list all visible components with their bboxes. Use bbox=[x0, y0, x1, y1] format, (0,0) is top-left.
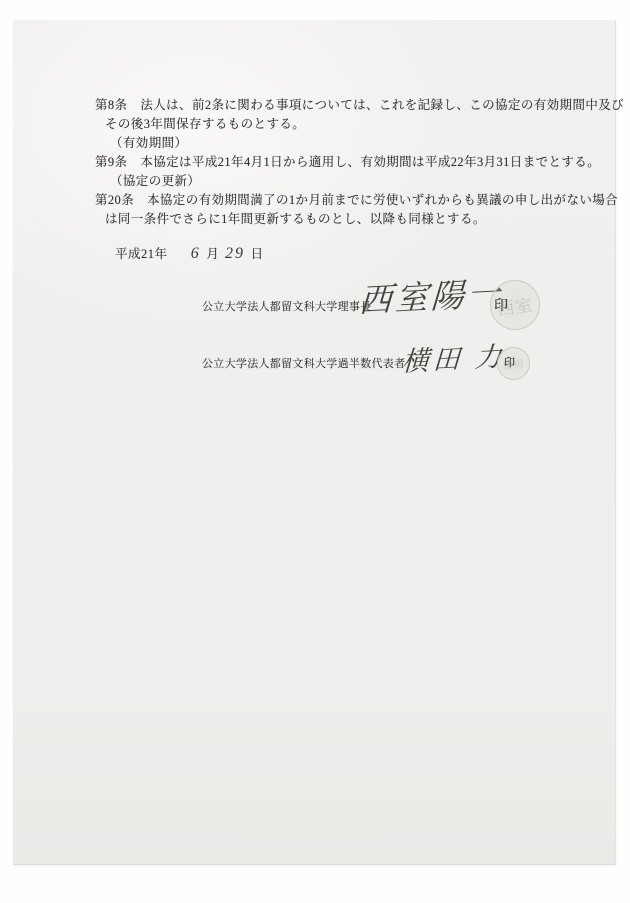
date-day-label: 日 bbox=[251, 247, 264, 261]
signatory-title-chairman: 公立大学法人都留文科大学理事長 bbox=[202, 298, 372, 314]
body-line-article-9: 第9条 本協定は平成21年4月1日から適用し、有効期間は平成22年3月31日まで… bbox=[95, 153, 624, 172]
scanned-document-screen: 第8条 法人は、前2条に関わる事項については、これを記録し、この協定の有効期間中… bbox=[0, 0, 630, 903]
signatory-title-representative: 公立大学法人都留文科大学過半数代表者 bbox=[202, 355, 405, 371]
document-page: 第8条 法人は、前2条に関わる事項については、これを記録し、この協定の有効期間中… bbox=[13, 20, 616, 865]
body-line-article-8: 第8条 法人は、前2条に関わる事項については、これを記録し、この協定の有効期間中… bbox=[95, 96, 624, 115]
date-line: 平成21年 6 月 29 日 bbox=[115, 244, 264, 263]
date-month-handwritten: 6 bbox=[189, 245, 203, 262]
handwritten-signature-chairman: 西室陽一 bbox=[358, 267, 504, 322]
body-line-heading-validity: （有効期間） bbox=[95, 134, 624, 153]
handwritten-signature-representative: 横田 力 bbox=[401, 334, 507, 379]
body-line-article-8-cont: その後3年間保存するものとする。 bbox=[95, 115, 624, 134]
body-line-heading-renewal: （協定の更新） bbox=[95, 172, 624, 191]
agreement-body: 第8条 法人は、前2条に関わる事項については、これを記録し、この協定の有効期間中… bbox=[95, 96, 624, 229]
date-month-label: 月 bbox=[206, 247, 219, 261]
seal-mark-chairman: 印 bbox=[494, 295, 508, 315]
date-era-year: 平成21年 bbox=[115, 247, 168, 261]
date-day-handwritten: 29 bbox=[223, 245, 247, 262]
body-line-article-20: 第20条 本協定の有効期間満了の1か月前までに労使いずれからも異議の申し出がない… bbox=[95, 191, 624, 210]
body-line-article-20-cont: は同一条件でさらに1年間更新するものとし、以降も同様とする。 bbox=[95, 210, 624, 229]
seal-mark-representative: 印 bbox=[504, 354, 515, 370]
